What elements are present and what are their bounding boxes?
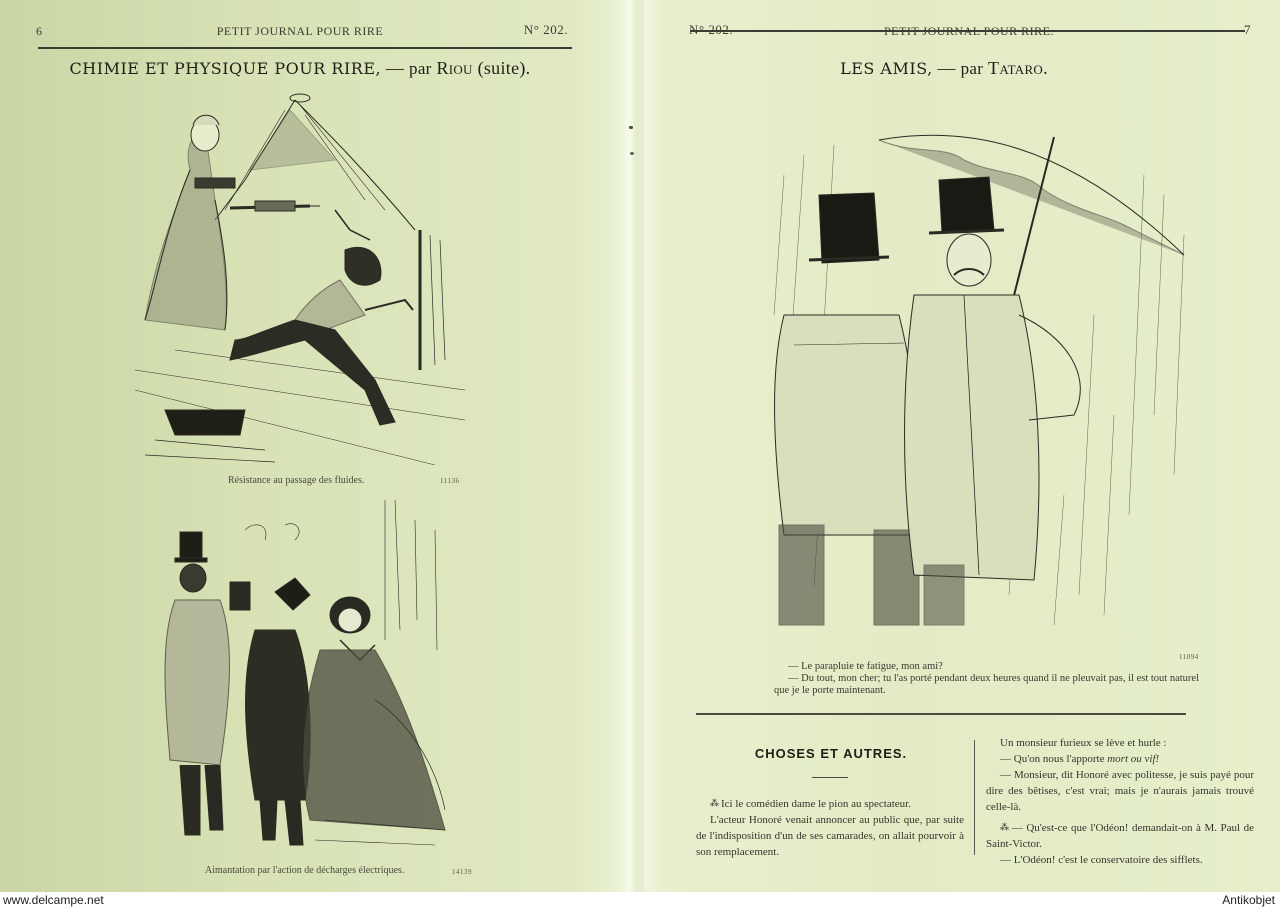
engraving-number-2: 14139 [452, 868, 472, 876]
illustration-dialogue: — Le parapluie te fatigue, mon ami? — Du… [774, 661, 1214, 697]
illustration-magnetism-crowd [145, 500, 470, 855]
journal-spread: 6 PETIT JOURNAL POUR RIRE N° 202. CHIMIE… [0, 0, 1280, 892]
right-running-head: N° 202. PETIT JOURNAL POUR RIRE. 7 [689, 22, 1249, 42]
header-rule [690, 30, 1245, 32]
source-site-link[interactable]: www.delcampe.net [3, 893, 104, 907]
engraving-number-1: 11136 [440, 477, 459, 485]
issue-number: N° 202. [524, 22, 568, 38]
author-name: Riou [436, 58, 472, 78]
author-name: Tataro. [988, 58, 1048, 78]
engraving-image [135, 90, 465, 465]
section-heading: CHOSES ET AUTRES. [696, 746, 966, 761]
anecdote-line-5: — L'Odéon! c'est le conservatoire des si… [986, 852, 1254, 868]
asterism-icon: ⁂ [1000, 822, 1009, 832]
left-running-head: 6 PETIT JOURNAL POUR RIRE N° 202. [30, 22, 570, 42]
asterism-icon: ⁂ [710, 798, 718, 808]
anecdote-line-1: Un monsieur furieux se lève et hurle : [986, 735, 1254, 751]
anecdote-line-3: — Monsieur, dit Honoré avec politesse, j… [986, 767, 1254, 815]
caption-2: Aimantation par l'action de décharges él… [205, 865, 404, 876]
column-left: ⁂Ici le comédien dame le pion au spectat… [696, 795, 964, 860]
anecdote-line-2: — Qu'on nous l'apporte mort ou vif! [986, 751, 1254, 767]
column-right: Un monsieur furieux se lève et hurle : —… [986, 735, 1254, 868]
column-divider [974, 740, 975, 855]
engraving-image [764, 115, 1204, 635]
dialogue-line-2: — Du tout, mon cher; tu l'as porté penda… [774, 673, 1214, 697]
page-number: 7 [1244, 22, 1251, 38]
illustration-syringe-chase [135, 90, 465, 465]
engraving-image [145, 500, 470, 855]
anecdote-paragraph: L'acteur Honoré venait annoncer au publi… [696, 812, 964, 860]
engraving-number: 11094 [1179, 653, 1199, 661]
anecdote-intro: ⁂Ici le comédien dame le pion au spectat… [696, 795, 964, 812]
dialogue-line-1: — Le parapluie te fatigue, mon ami? [774, 661, 1214, 673]
header-rule [38, 47, 572, 49]
article-title: LES AMIS, — par Tataro. [694, 58, 1194, 79]
article-title: CHIMIE ET PHYSIQUE POUR RIRE, — par Riou… [30, 58, 570, 79]
running-title: PETIT JOURNAL POUR RIRE [30, 24, 570, 39]
section-divider [696, 713, 1186, 715]
caption-1: Résistance au passage des fluides. [228, 475, 364, 486]
heading-rule [812, 777, 848, 778]
binding-hole [629, 126, 633, 129]
right-page: N° 202. PETIT JOURNAL POUR RIRE. 7 LES A… [634, 0, 1280, 892]
seller-name: Antikobjet [1222, 893, 1275, 907]
watermark-footer: www.delcampe.net Antikobjet [0, 892, 1280, 909]
anecdote-line-4: ⁂— Qu'est-ce que l'Odéon! demandait-on à… [986, 819, 1254, 852]
left-page: 6 PETIT JOURNAL POUR RIRE N° 202. CHIMIE… [0, 0, 634, 892]
illustration-two-friends-umbrella [764, 115, 1204, 635]
